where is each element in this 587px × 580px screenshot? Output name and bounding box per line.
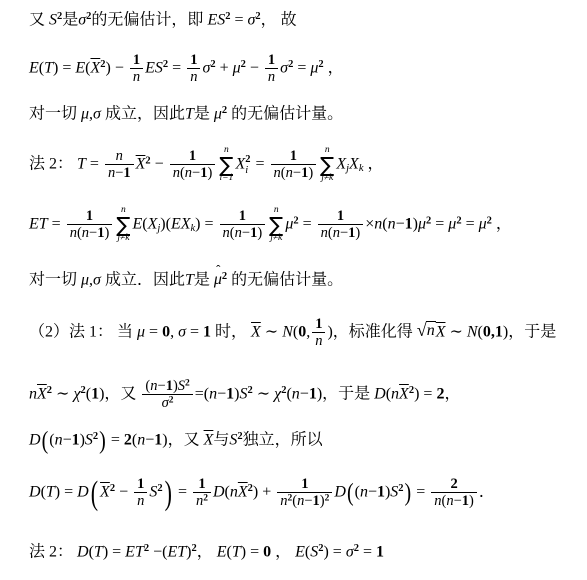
math-variable: n — [173, 165, 180, 181]
math-text: − — [217, 385, 226, 402]
line-expectation-of-T: E(T) = E(X2) − 1nES2 = 1nσ2 + μ2 − 1nσ2 … — [29, 52, 344, 85]
bigger-paren: ( — [91, 476, 98, 510]
sum-lower-limit: j≠k — [321, 174, 333, 184]
math-variable: n — [333, 225, 340, 241]
hat-accent-icon: ˆ — [216, 264, 220, 277]
math-number: 1 — [376, 543, 384, 560]
math-variable: n — [116, 148, 123, 164]
math-text: ) = — [414, 385, 436, 402]
math-text: )( — [160, 216, 171, 233]
fraction-numerator: 1 — [220, 208, 266, 225]
fraction-numerator: 2 — [431, 476, 477, 493]
math-variable: X — [336, 156, 346, 173]
fraction-denominator: n — [265, 69, 278, 85]
math-text: 独立，所以 — [243, 431, 323, 448]
fraction-denominator: σ2 — [142, 395, 192, 411]
math-text: 对一切 — [29, 105, 81, 122]
math-text: × — [365, 216, 374, 233]
math-variable: n — [190, 69, 197, 85]
math-number: 1 — [290, 148, 297, 164]
fraction: 1n — [312, 316, 325, 349]
math-text: = — [462, 216, 479, 233]
math-variable: μ — [479, 216, 487, 233]
fraction: 1n2 — [193, 476, 211, 509]
math-text: ) = — [323, 543, 345, 560]
overbar-variable: X — [90, 59, 100, 76]
math-variable: n — [55, 431, 63, 448]
math-variable: T — [94, 543, 103, 560]
math-text: 是 — [194, 105, 214, 122]
fraction-numerator: 1 — [187, 52, 200, 69]
math-text: − — [242, 225, 250, 241]
math-text: = — [107, 431, 124, 448]
math-text: − — [293, 165, 301, 181]
math-variable: ES — [145, 59, 163, 76]
math-variable: E — [75, 59, 85, 76]
math-variable: n — [388, 216, 396, 233]
math-text: )，标准化得 — [327, 323, 416, 340]
math-text: )，于是 — [317, 385, 374, 402]
math-text: 成立，因此 — [101, 105, 185, 122]
math-variable: μ — [214, 105, 222, 122]
math-text: )，又 — [162, 431, 203, 448]
fraction-numerator: 1 — [318, 208, 364, 225]
math-text: ) — [469, 493, 474, 509]
math-text: ． — [479, 483, 495, 500]
big-paren: ) — [405, 480, 412, 505]
math-text: ， 故 — [261, 11, 297, 28]
math-number: 1 — [337, 208, 344, 224]
fraction-denominator: n — [130, 69, 143, 85]
fraction-denominator: n(n−1) — [220, 225, 266, 241]
math-text: − — [340, 225, 348, 241]
math-text: ∼ — [445, 323, 466, 340]
math-text: , — [306, 323, 310, 340]
math-variable: n — [292, 385, 300, 402]
math-variable: n — [434, 493, 441, 509]
fraction-denominator: n2 — [193, 493, 211, 509]
fraction-numerator: n — [105, 148, 134, 165]
math-text: =( — [195, 385, 209, 402]
math-text: − — [145, 431, 154, 448]
math-text: , — [170, 323, 178, 340]
math-number: 1 — [226, 385, 234, 402]
line-method2-T-definition: 法 2： T = nn−1X2 − 1n(n−1)n∑i=1X2i = 1n(n… — [29, 146, 384, 184]
math-variable: n — [29, 385, 37, 402]
math-text: − — [368, 483, 377, 500]
fraction: 1n — [265, 52, 278, 85]
math-variable: σ — [178, 323, 186, 340]
math-text: ) = — [195, 216, 217, 233]
math-text: 的无偏估计量。 — [227, 105, 343, 122]
math-variable: E — [217, 543, 227, 560]
sigma-icon: ∑ — [269, 216, 283, 235]
math-number: 1 — [239, 208, 246, 224]
math-text: = — [299, 216, 316, 233]
fraction-numerator: 1 — [277, 476, 332, 493]
math-number: 1 — [309, 385, 317, 402]
math-variable: n — [133, 69, 140, 85]
math-text: − — [304, 493, 312, 509]
fraction: 1n(n−1) — [220, 208, 266, 241]
math-variable: n — [235, 225, 242, 241]
math-text: − — [396, 216, 405, 233]
math-number: 1 — [301, 476, 308, 492]
fraction: 2n(n−1) — [431, 476, 477, 509]
math-number: 1 — [377, 483, 385, 500]
math-text: 对一切 — [29, 271, 81, 288]
math-number: 1 — [91, 385, 99, 402]
math-variable: T — [232, 543, 241, 560]
math-number: 1 — [313, 493, 320, 509]
math-variable: μ — [81, 105, 89, 122]
math-variable: S — [85, 431, 93, 448]
overbar-variable: X — [399, 385, 409, 402]
math-text: 与 — [213, 431, 229, 448]
summation: n∑j≠k — [269, 206, 283, 244]
math-number: 1 — [72, 431, 80, 448]
math-variable: n — [446, 493, 453, 509]
summation: n∑i=1 — [219, 146, 233, 184]
math-text: = — [186, 323, 203, 340]
math-number: 1 — [462, 493, 469, 509]
line-conclusion-mu2-hat: 对一切 μ,σ 成立．因此T是 ˆμ2 的无偏估计量。 — [29, 270, 343, 290]
math-text: ， — [197, 543, 217, 560]
math-variable: D — [77, 483, 89, 500]
math-text: 又 — [29, 11, 49, 28]
sum-lower-limit: j≠k — [117, 234, 129, 244]
overbar-variable: X — [100, 483, 110, 500]
math-text: − — [300, 385, 309, 402]
math-variable: σ — [280, 59, 288, 76]
math-variable: T — [185, 105, 194, 122]
square-root: √n — [417, 321, 436, 340]
math-variable: n — [268, 69, 275, 85]
math-text: ， — [271, 543, 295, 560]
math-variable: X — [148, 216, 158, 233]
hat-variable: ˆμ — [214, 270, 222, 290]
math-number: 1 — [405, 216, 413, 233]
math-variable: σ — [162, 395, 169, 411]
math-text: = — [293, 59, 310, 76]
math-text: = — [48, 216, 65, 233]
math-variable: n — [286, 165, 293, 181]
math-number: 1 — [137, 476, 144, 492]
math-variable: n — [185, 165, 192, 181]
superscript: 2 — [398, 483, 403, 494]
fraction-denominator: n(n−1) — [67, 225, 113, 241]
math-text: ， — [444, 385, 460, 402]
fraction-numerator: 1 — [134, 476, 147, 493]
math-text: ) — [104, 225, 109, 241]
math-variable: E — [29, 59, 39, 76]
math-text: ) — [308, 165, 313, 181]
math-text: − — [115, 483, 132, 500]
math-variable: n — [209, 385, 217, 402]
fraction: 1n(n−1) — [67, 208, 113, 241]
math-text: = — [174, 483, 191, 500]
math-text: − — [192, 165, 200, 181]
math-text: ∼ — [253, 385, 274, 402]
line-method2-variance: 法 2： D(T) = ET2 −(ET)2， E(T) = 0 ， E(S2)… — [29, 542, 384, 562]
math-variable: ET — [29, 216, 48, 233]
math-variable: μ — [137, 323, 145, 340]
math-variable: S — [178, 378, 185, 394]
line-conclusion-mu2: 对一切 μ,σ 成立，因此T是 μ2 的无偏估计量。 — [29, 104, 343, 124]
math-variable: E — [295, 543, 305, 560]
math-text: ) + — [253, 483, 275, 500]
math-number: 1 — [189, 148, 196, 164]
math-variable: N — [282, 323, 293, 340]
math-variable: D — [213, 483, 225, 500]
math-variable: T — [77, 156, 86, 173]
math-variable: n — [150, 378, 157, 394]
math-number: 1 — [123, 165, 130, 181]
math-text: ， — [492, 216, 512, 233]
math-variable: X — [235, 156, 245, 173]
overbar-variable: X — [238, 483, 248, 500]
math-text: ) − — [106, 59, 128, 76]
math-text: 的无偏估计量。 — [227, 271, 343, 288]
math-text: = — [168, 59, 185, 76]
math-text: 的无偏估计，即 — [91, 11, 207, 28]
fraction: 1n — [130, 52, 143, 85]
math-number: 2 — [450, 476, 457, 492]
math-text: )，又 — [99, 385, 140, 402]
superscript: 2 — [185, 378, 190, 388]
math-text: − — [454, 493, 462, 509]
math-number: 2 — [124, 431, 132, 448]
math-number: 0,1 — [483, 323, 503, 340]
math-variable: n — [137, 493, 144, 509]
math-number: 0 — [263, 543, 271, 560]
stack-subscript: i — [245, 165, 248, 176]
fraction-numerator: 1 — [265, 52, 278, 69]
math-variable: σ — [93, 105, 101, 122]
fraction-denominator: n — [312, 333, 325, 349]
math-variable: n — [70, 225, 77, 241]
document-page: 又 S2是σ2的无偏估计，即 ES2 = σ2， 故E(T) = E(X2) −… — [0, 0, 587, 580]
math-text: = — [431, 216, 448, 233]
math-text: 法 2： — [29, 543, 77, 560]
math-text: （2）法 1： 当 — [29, 323, 137, 340]
math-variable: D — [334, 483, 346, 500]
fraction-denominator: n — [134, 493, 147, 509]
math-text: ∼ — [261, 323, 282, 340]
math-variable: n — [391, 385, 399, 402]
math-number: 0 — [162, 323, 170, 340]
sigma-icon: ∑ — [219, 156, 233, 175]
math-variable: E — [132, 216, 142, 233]
fraction: (n−1)S2σ2 — [142, 378, 192, 411]
math-text: = — [252, 156, 269, 173]
fraction-denominator: n2(n−1)2 — [277, 493, 332, 509]
overbar-variable: X — [37, 385, 47, 402]
math-text: ， — [363, 156, 383, 173]
math-text: ) = — [55, 483, 77, 500]
overbar-variable: X — [251, 323, 261, 340]
fraction-numerator: 1 — [312, 316, 325, 333]
fraction: 1n — [134, 476, 147, 509]
overbar-variable: X — [204, 431, 214, 448]
math-text: 法 2： — [29, 156, 77, 173]
math-text: = — [230, 11, 247, 28]
math-variable: σ — [78, 11, 86, 28]
math-text: ) — [257, 225, 262, 241]
math-variable: μ — [81, 271, 89, 288]
line-variance-of-T: D(T) = D(X2 − 1nS2) = 1n2D(nX2) + 1n2(n−… — [29, 476, 495, 509]
fraction-numerator: 1 — [271, 148, 317, 165]
sigma-icon: ∑ — [320, 156, 334, 175]
math-text: − — [246, 59, 263, 76]
line-method2-ET: ET = 1n(n−1)n∑j≠kE(Xj)(EXk) = 1n(n−1)n∑j… — [29, 206, 512, 244]
math-text: − — [151, 156, 168, 173]
overbar-variable: X — [136, 156, 146, 173]
sum-lower-limit: j≠k — [270, 234, 282, 244]
math-variable: X — [349, 156, 359, 173]
math-variable: n — [223, 225, 230, 241]
superscript: 2 — [157, 483, 162, 494]
math-text: 是 — [62, 11, 78, 28]
superscript: 2 — [169, 395, 174, 405]
summation: n∑j≠k — [320, 146, 334, 184]
math-variable: n — [82, 225, 89, 241]
fraction-denominator: n — [187, 69, 200, 85]
math-variable: ET — [167, 543, 186, 560]
math-variable: D — [29, 431, 41, 448]
math-number: 1 — [315, 316, 322, 332]
math-variable: n — [137, 431, 145, 448]
math-variable: μ — [418, 216, 426, 233]
math-variable: T — [44, 59, 53, 76]
fraction: nn−1 — [105, 148, 134, 181]
math-variable: S — [240, 385, 248, 402]
stack-superscript: 2 — [245, 154, 250, 165]
superscript: 2 — [203, 493, 208, 503]
superscript: 2 — [325, 493, 330, 503]
math-text: 是 — [194, 271, 214, 288]
fraction-numerator: 1 — [193, 476, 211, 493]
math-text: = — [145, 323, 162, 340]
math-text: ) — [355, 225, 360, 241]
fraction-denominator: n(n−1) — [318, 225, 364, 241]
math-variable: D — [29, 483, 41, 500]
math-variable: n — [321, 225, 328, 241]
line-chi-square-distributions: nX2 ∼ χ2(1)，又 (n−1)S2σ2=(n−1)S2 ∼ χ2(n−1… — [29, 378, 460, 411]
bigger-paren: ) — [165, 476, 172, 510]
math-text: − — [89, 225, 97, 241]
line-s2-unbiased-intro: 又 S2是σ2的无偏估计，即 ES2 = σ2， 故 — [29, 10, 297, 30]
math-text: −( — [149, 543, 167, 560]
math-text: = — [359, 543, 376, 560]
line-variance-of-n1S2: D((n−1)S2) = 2(n−1)，又 X与S2独立，所以 — [29, 430, 323, 451]
math-text: = — [412, 483, 429, 500]
big-paren: ) — [99, 428, 106, 453]
fraction: 1n(n−1) — [318, 208, 364, 241]
math-variable: n — [274, 165, 281, 181]
math-text: ) = — [53, 59, 75, 76]
math-variable: n — [230, 483, 238, 500]
math-text: ， — [324, 59, 344, 76]
math-variable: D — [77, 543, 89, 560]
math-text: ) — [207, 165, 212, 181]
math-variable: N — [467, 323, 478, 340]
fraction-numerator: 1 — [67, 208, 113, 225]
fraction: 1n(n−1) — [271, 148, 317, 181]
math-number: 1 — [133, 52, 140, 68]
math-number: 1 — [190, 52, 197, 68]
math-text: − — [63, 431, 72, 448]
superscript: 2 — [93, 431, 98, 442]
sigma-icon: ∑ — [116, 216, 130, 235]
math-variable: σ — [93, 271, 101, 288]
math-text: 成立．因此 — [101, 271, 185, 288]
line-part2-method1-setup: （2）法 1： 当 μ = 0, σ = 1 时， X ∼ N(0,1n)，标准… — [29, 316, 556, 349]
sum-lower-limit: i=1 — [220, 174, 234, 184]
big-paren: ( — [347, 480, 354, 505]
math-variable: T — [46, 483, 55, 500]
math-variable: n — [280, 493, 287, 509]
math-number: 1 — [86, 208, 93, 224]
math-variable: ES — [207, 11, 225, 28]
math-text: ) = — [103, 543, 125, 560]
math-variable: S — [49, 11, 57, 28]
fraction: 1n2(n−1)2 — [277, 476, 332, 509]
math-variable: n — [315, 333, 322, 349]
big-paren: ( — [42, 428, 49, 453]
math-text: ) = — [241, 543, 263, 560]
math-variable: ET — [125, 543, 144, 560]
fraction-denominator: n−1 — [105, 165, 134, 181]
math-variable: σ — [346, 543, 354, 560]
fraction: 1n — [187, 52, 200, 85]
math-text: + — [216, 59, 233, 76]
overbar-variable: X — [436, 323, 446, 340]
math-text: = — [86, 156, 103, 173]
math-variable: T — [185, 271, 194, 288]
math-number: 1 — [166, 378, 173, 394]
fraction-numerator: (n−1)S2 — [142, 378, 192, 395]
summation: n∑j≠k — [116, 206, 130, 244]
fraction-denominator: n(n−1) — [431, 493, 477, 509]
math-text: ∼ — [52, 385, 73, 402]
math-number: 1 — [198, 476, 205, 492]
math-variable: EX — [171, 216, 191, 233]
math-text: 时， — [211, 323, 251, 340]
math-variable: D — [374, 385, 386, 402]
math-variable: n — [360, 483, 368, 500]
math-number: 1 — [203, 323, 211, 340]
fraction: 1n(n−1) — [170, 148, 216, 181]
math-text: − — [158, 378, 166, 394]
fraction-denominator: n(n−1) — [170, 165, 216, 181]
radicand: n — [426, 321, 436, 340]
math-text: )，于是 — [503, 323, 556, 340]
fraction-numerator: 1 — [130, 52, 143, 69]
sup-sub-stack: 2i — [245, 154, 250, 176]
fraction-denominator: n(n−1) — [271, 165, 317, 181]
math-variable: μ — [233, 59, 241, 76]
fraction-numerator: 1 — [170, 148, 216, 165]
math-number: 1 — [268, 52, 275, 68]
math-number: 0 — [298, 323, 306, 340]
